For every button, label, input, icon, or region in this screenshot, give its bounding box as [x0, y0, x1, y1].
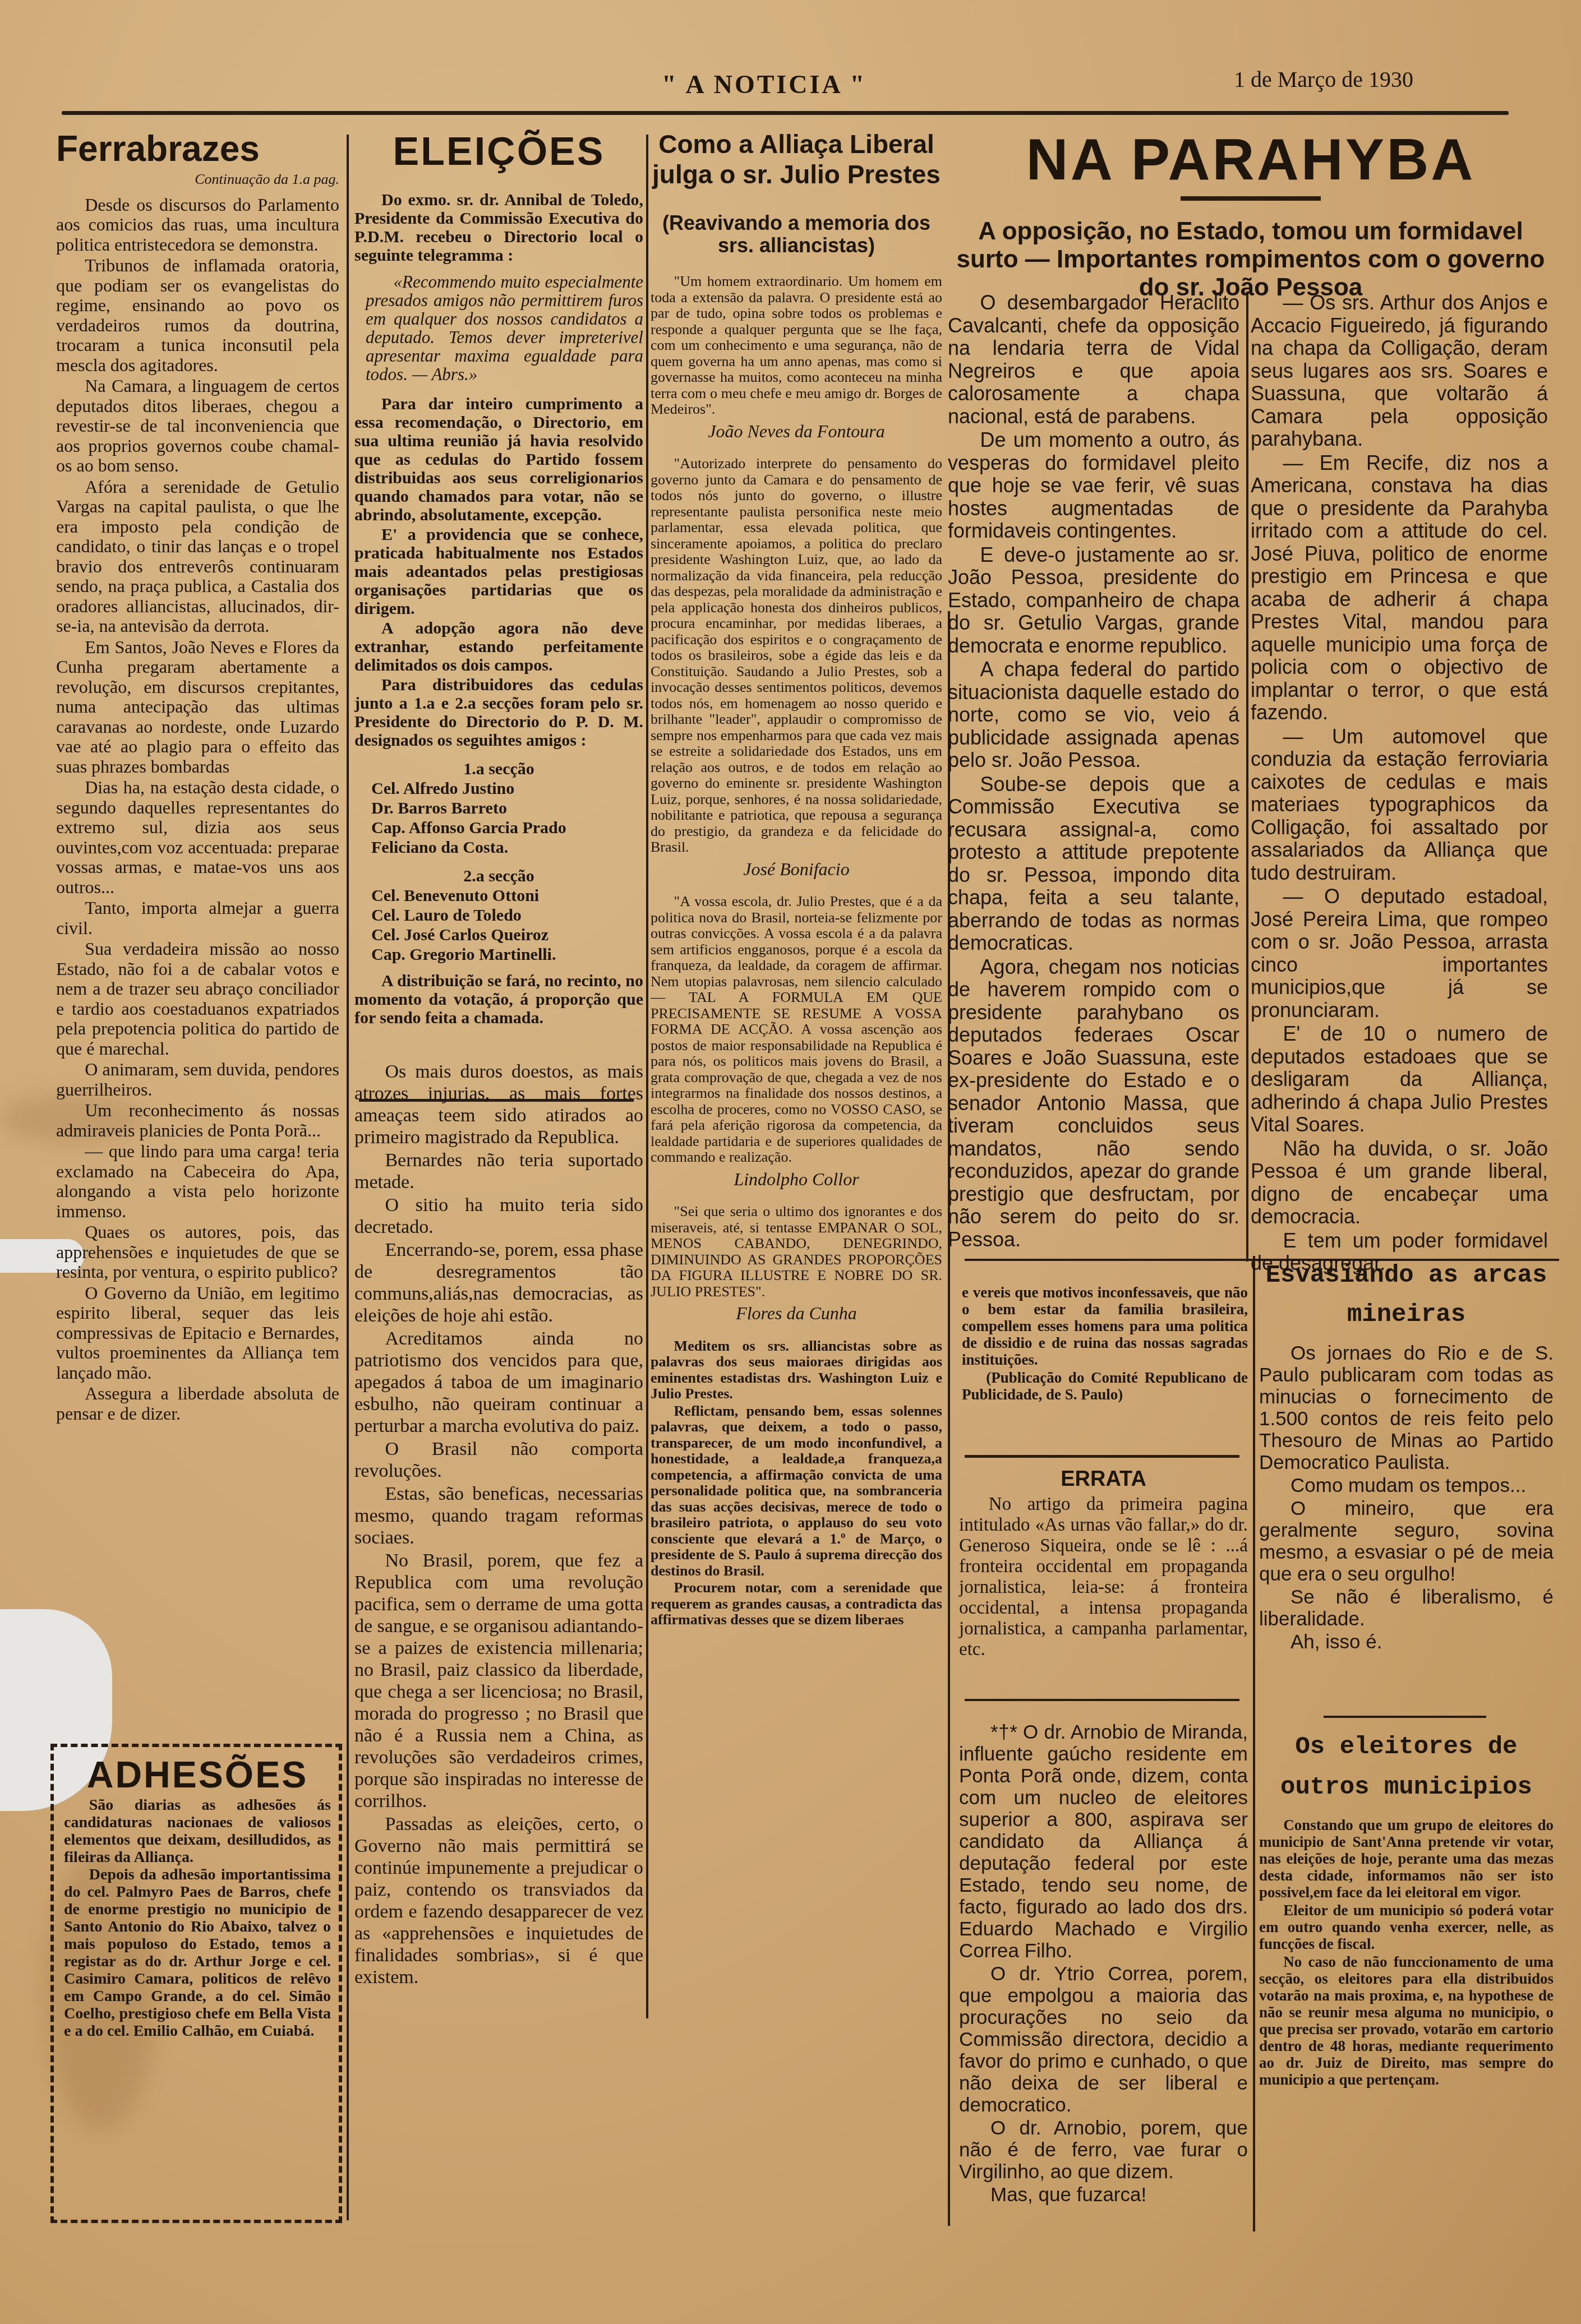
paragraph: Não ha duvida, o sr. João Pessoa é um gr…: [1251, 1138, 1548, 1228]
credit-line: (Publicação do Comité Republicano de Pub…: [962, 1369, 1248, 1403]
article-errata: ERRATA No artigo da primeira pagina inti…: [959, 1469, 1248, 1661]
paragraph: Um reconhecimento ás nossas admiraveis p…: [56, 1101, 339, 1140]
masthead: " A NOTICIA " 1 de Março de 1930: [0, 62, 1581, 107]
paragraph: *†* O dr. Arnobio de Miranda, influente …: [959, 1721, 1248, 1962]
headline: Ferrabrazes: [56, 129, 339, 168]
editorial-paragraph: Acreditamos ainda no patriotismo dos ven…: [354, 1328, 643, 1437]
masthead-rule: [62, 111, 1509, 115]
article-adhesoes: ADHESÕES São diarias as adhesões ás cand…: [50, 1744, 342, 2223]
paragraph: No artigo da primeira pagina intitulado …: [959, 1494, 1248, 1660]
editorial-paragraph: Bernardes não teria suportado metade.: [354, 1149, 643, 1193]
paragraph: A chapa federal do partido situacionista…: [948, 658, 1239, 772]
paragraph: e vereis que motivos inconfessaveis, que…: [962, 1284, 1248, 1368]
headline: ADHESÕES: [64, 1755, 331, 1794]
paragraph: E' de 10 o numero de deputados estadoaes…: [1251, 1023, 1548, 1136]
paragraph: Como mudam os tempos...: [1259, 1475, 1554, 1496]
quote-author: José Bonifacio: [651, 861, 942, 877]
distributor-name: Cel. José Carlos Queiroz: [354, 926, 643, 944]
editorial-paragraph: O Brasil não comporta revoluções.: [354, 1438, 643, 1482]
paragraph: Meditem os srs. alliancistas sobre as pa…: [651, 1338, 942, 1402]
article-eleicoes: ELEIÇÕES Do exmo. sr. dr. Annibal de Tol…: [354, 129, 643, 1989]
paragraph: O dr. Arnobio, porem, que não é de ferro…: [959, 2117, 1248, 2183]
paragraph: São diarias as adhesões ás candidaturas …: [64, 1796, 331, 1866]
paragraph: Em Santos, João Neves e Flores da Cunha …: [56, 637, 339, 777]
paragraph: Assegura a liberdade absoluta de pensar …: [56, 1384, 339, 1424]
headline: NA PARAHYBA: [948, 129, 1554, 191]
paragraph: Na Camara, a linguagem de certos deputad…: [56, 376, 339, 476]
paragraph: Sua verdadeira missão ao nosso Estado, n…: [56, 939, 339, 1059]
editorial-paragraph: Os mais duros doestos, as mais atrozes i…: [354, 1061, 643, 1148]
paragraph: E' a providencia que se conhece, pratica…: [354, 525, 643, 618]
paragraph: Os jornaes do Rio e de S. Paulo publicar…: [1259, 1342, 1554, 1473]
quote: "Um homem extraordinario. Um homem em to…: [651, 274, 942, 418]
column-divider: [646, 135, 648, 2018]
section-rule: [965, 1455, 1239, 1458]
paragraph: O animaram, sem duvida, pendores guerril…: [56, 1060, 339, 1099]
distributor-name: Feliciano da Costa.: [354, 838, 643, 857]
paragraph: Quaes os autores, pois, das apprehensões…: [56, 1222, 339, 1282]
paragraph: — que lindo para uma carga! teria exclam…: [56, 1142, 339, 1221]
paragraph: Afóra a serenidade de Getulio Vargas na …: [56, 477, 339, 636]
paragraph: A adopção agora não deve extranhar, esta…: [354, 619, 643, 674]
section-label: 2.a secção: [354, 867, 643, 885]
subheadline: (Reavivando a memoria dos srs. alliancis…: [651, 212, 942, 257]
paragraph: Desde os discursos do Parlamento aos com…: [56, 195, 339, 255]
headline: Os eleitores de outros municipios: [1259, 1727, 1554, 1808]
quote-author: Flores da Cunha: [651, 1305, 942, 1322]
paragraph: Tribunos de inflamada oratoria, que podi…: [56, 256, 339, 375]
paragraph: Se não é liberalismo, é liberalidade.: [1259, 1586, 1554, 1630]
quote: "Sei que seria o ultimo dos ignorantes e…: [651, 1204, 942, 1300]
paragraph: Para distribuidores das cedulas junto a …: [354, 676, 643, 750]
article-eleitores: Os eleitores de outros municipios Consta…: [1259, 1727, 1554, 2089]
paragraph: — Um automovel que conduzia da estação f…: [1251, 726, 1548, 885]
paragraph: Reflictam, pensando bem, essas solennes …: [651, 1403, 942, 1579]
article-arnobio: *†* O dr. Arnobio de Miranda, influente …: [959, 1721, 1248, 2207]
section-rule: [965, 1699, 1239, 1701]
article-publicacao: e vereis que motivos inconfessaveis, que…: [962, 1284, 1248, 1404]
quote-author: João Neves da Fontoura: [651, 423, 942, 440]
distributor-name: Cap. Affonso Garcia Prado: [354, 819, 643, 837]
headline-rule: [1181, 196, 1321, 201]
paragraph: E deve-o justamente ao sr. João Pessoa, …: [948, 544, 1239, 658]
column-divider: [1246, 292, 1248, 1262]
parahyba-column-2: — Os srs. Arthur dos Anjos e Accacio Fig…: [1251, 292, 1548, 1276]
quote: "A vossa escola, dr. Julio Prestes, que …: [651, 894, 942, 1166]
paragraph: — Em Recife, diz nos a Americana, consta…: [1251, 452, 1548, 724]
article-esvasiando: Esvasiando as arcas mineiras Os jornaes …: [1259, 1256, 1554, 1654]
quote: "Autorizado interprete do pensamento do …: [651, 456, 942, 856]
paragraph: O desembargador Heraclito Cavalcanti, ch…: [948, 292, 1239, 428]
paragraph: O dr. Ytrio Correa, porem, que empolgou …: [959, 1963, 1248, 2116]
paragraph: No caso de não funccionamento de uma sec…: [1259, 1953, 1554, 2088]
paragraph: Ah, isso é.: [1259, 1631, 1554, 1653]
paragraph: Mas, que fuzarca!: [959, 2184, 1248, 2206]
headline: Como a Alliaça Liberal julga o sr. Julio…: [651, 129, 942, 190]
distributor-name: Cel. Lauro de Toledo: [354, 906, 643, 925]
editorial-paragraph: O sitio ha muito teria sido decretado.: [354, 1194, 643, 1238]
paragraph: Soube-se depois que a Commissão Executiv…: [948, 773, 1239, 955]
section-label: 1.a secção: [354, 760, 643, 778]
headline: ERRATA: [959, 1469, 1248, 1490]
paragraph: Eleitor de um municipio só poderá votar …: [1259, 1902, 1554, 1952]
quote-author: Lindolpho Collor: [651, 1171, 942, 1188]
paragraph: Agora, chegam nos noticias de haverem ro…: [948, 956, 1239, 1251]
article-ferrabrazes: Ferrabrazes Continuação da 1.a pag. Desd…: [56, 129, 339, 1425]
paragraph: O Governo da União, em legitimo espirito…: [56, 1283, 339, 1383]
section-rule: [1324, 1716, 1486, 1718]
headline: Esvasiando as arcas mineiras: [1259, 1256, 1554, 1334]
headline: ELEIÇÕES: [354, 129, 643, 174]
newspaper-name: " A NOTICIA ": [662, 70, 866, 99]
distributor-name: Cel. Alfredo Justino: [354, 779, 643, 798]
paragraph: Constando que um grupo de eleitores do m…: [1259, 1817, 1554, 1901]
paragraph: — O deputado estadoal, José Pereira Lima…: [1251, 885, 1548, 1022]
editorial-paragraph: No Brasil, porem, que fez a Republica co…: [354, 1550, 643, 1812]
paragraph: Depois da adhesão importantissima do cel…: [64, 1866, 331, 2040]
telegram-quote: «Recommendo muito especialmente presados…: [354, 272, 643, 384]
parahyba-column-1: O desembargador Heraclito Cavalcanti, ch…: [948, 292, 1239, 1252]
column-divider: [1253, 1256, 1255, 2231]
paragraph: Procurem notar, com a serenidade que req…: [651, 1580, 942, 1628]
closing-note: A distribuição se fará, no recinto, no m…: [354, 972, 643, 1027]
paragraph: Dias ha, na estação desta cidade, o segu…: [56, 778, 339, 897]
intro: Do exmo. sr. dr. Annibal de Toledo, Pres…: [354, 191, 643, 265]
paragraph: Para dar inteiro cumprimento a essa reco…: [354, 395, 643, 524]
distributor-name: Cap. Gregorio Martinelli.: [354, 945, 643, 964]
article-alliança: Como a Alliaça Liberal julga o sr. Julio…: [651, 129, 942, 1629]
paragraph: O mineiro, que era geralmente seguro, so…: [1259, 1498, 1554, 1585]
paragraph: Tanto, importa almejar a guerra civil.: [56, 898, 339, 938]
paragraph: — Os srs. Arthur dos Anjos e Accacio Fig…: [1251, 292, 1548, 451]
subheadline: A opposição, no Estado, tomou um formida…: [948, 218, 1554, 302]
distributor-name: Cel. Benevenuto Ottoni: [354, 886, 643, 905]
issue-date: 1 de Março de 1930: [1234, 66, 1413, 93]
paragraph: De um momento a outro, ás vesperas do fo…: [948, 429, 1239, 543]
column-divider: [347, 135, 349, 2220]
editorial-paragraph: Passadas as eleições, certo, o Governo n…: [354, 1813, 643, 1988]
continuation-note: Continuação da 1.a pag.: [56, 169, 339, 190]
article-parahyba-header: NA PARAHYBA A opposição, no Estado, tomo…: [948, 129, 1554, 302]
editorial-paragraph: Encerrando-se, porem, essa phase de desr…: [354, 1239, 643, 1327]
editorial-paragraph: Estas, são beneficas, necessarias mesmo,…: [354, 1483, 643, 1549]
distributor-name: Dr. Barros Barreto: [354, 799, 643, 817]
